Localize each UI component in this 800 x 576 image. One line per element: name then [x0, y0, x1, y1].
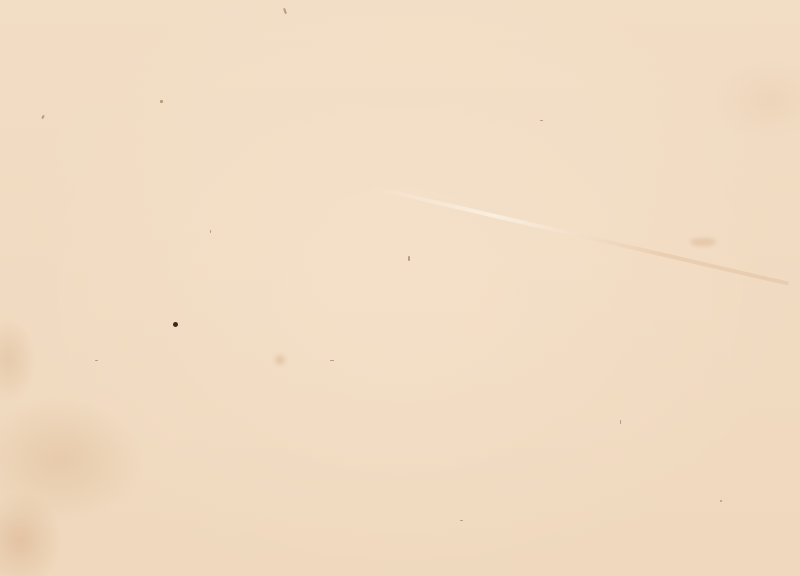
fiber-fleck — [210, 230, 211, 233]
fiber-fleck — [283, 8, 287, 14]
stain-spot — [690, 238, 716, 246]
fiber-fleck — [330, 360, 334, 361]
aged-paper-background — [0, 0, 800, 576]
fiber-fleck — [160, 100, 163, 103]
fiber-fleck — [540, 120, 543, 121]
fiber-fleck — [41, 115, 45, 119]
stain-spot — [275, 355, 285, 365]
fiber-fleck — [720, 500, 722, 502]
fiber-fleck — [408, 256, 410, 261]
fiber-fleck — [95, 360, 98, 361]
ink-dot — [173, 322, 178, 327]
paper-crease — [369, 185, 789, 286]
fiber-fleck — [460, 520, 463, 521]
fiber-fleck — [620, 420, 621, 424]
